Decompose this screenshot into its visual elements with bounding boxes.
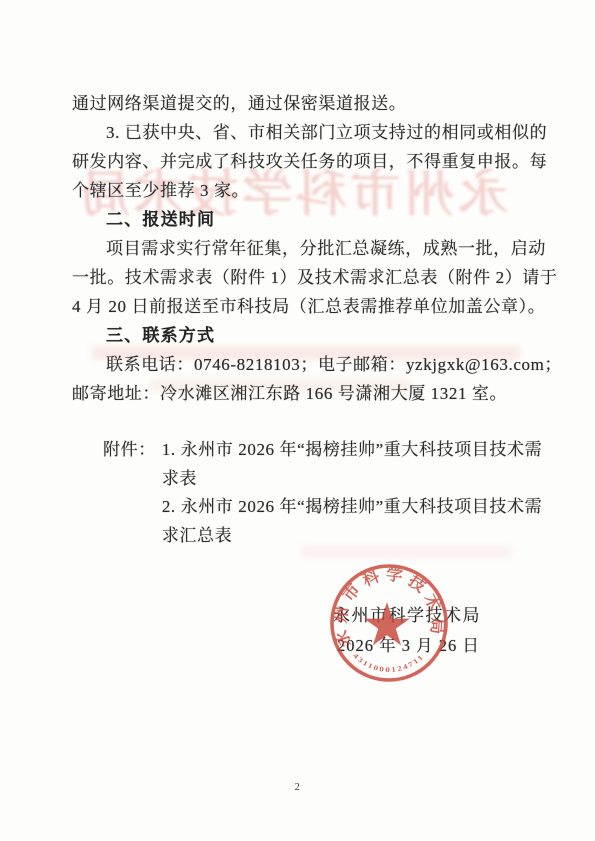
attachment-item-continuation: 求汇总表 <box>162 522 542 551</box>
body-line: 4 月 20 日前报送至市科技局（汇总表需推荐单位加盖公章）。 <box>72 292 534 321</box>
page-number: 2 <box>0 782 595 793</box>
attachments-label: 附件： <box>103 436 156 550</box>
scanned-document-page: 永州市科学技术局 通过网络渠道提交的，通过保密渠道报送。 3. 已获中央、省、市… <box>0 0 595 841</box>
signature-agency: 永州市科学技术局 <box>333 601 481 626</box>
contact-line: 联系电话：0746-8218103；电子邮箱：yzkjgxk@163.com； <box>72 350 534 379</box>
section-heading-contact: 三、联系方式 <box>72 321 534 350</box>
attachment-item: 2. 永州市 2026 年“揭榜挂帅”重大科技项目技术需 <box>162 493 542 522</box>
attachments-list: 1. 永州市 2026 年“揭榜挂帅”重大科技项目技术需 求表 2. 永州市 2… <box>162 436 542 550</box>
contact-line: 邮寄地址：冷水滩区湘江东路 166 号潇湘大厦 1321 室。 <box>72 379 534 408</box>
body-line: 通过网络渠道提交的，通过保密渠道报送。 <box>72 89 534 118</box>
body-line: 一批。技术需求表（附件 1）及技术需求汇总表（附件 2）请于 <box>72 263 534 292</box>
attachments-block: 附件： 1. 永州市 2026 年“揭榜挂帅”重大科技项目技术需 求表 2. 永… <box>103 436 542 550</box>
attachment-item-continuation: 求表 <box>162 465 542 494</box>
body-line: 3. 已获中央、省、市相关部门立项支持过的相同或相似的 <box>72 118 534 147</box>
section-heading-submission-time: 二、报送时间 <box>72 205 534 234</box>
signature-date: 2026 年 3 月 26 日 <box>337 632 480 656</box>
body-line: 个辖区至少推荐 3 家。 <box>72 176 534 205</box>
body-line: 项目需求实行常年征集，分批汇总凝练，成熟一批，启动 <box>72 234 534 263</box>
body-line: 研发内容、并完成了科技攻关任务的项目，不得重复申报。每 <box>72 147 534 176</box>
attachment-item: 1. 永州市 2026 年“揭榜挂帅”重大科技项目技术需 <box>162 436 542 465</box>
document-body: 通过网络渠道提交的，通过保密渠道报送。 3. 已获中央、省、市相关部门立项支持过… <box>72 89 534 408</box>
